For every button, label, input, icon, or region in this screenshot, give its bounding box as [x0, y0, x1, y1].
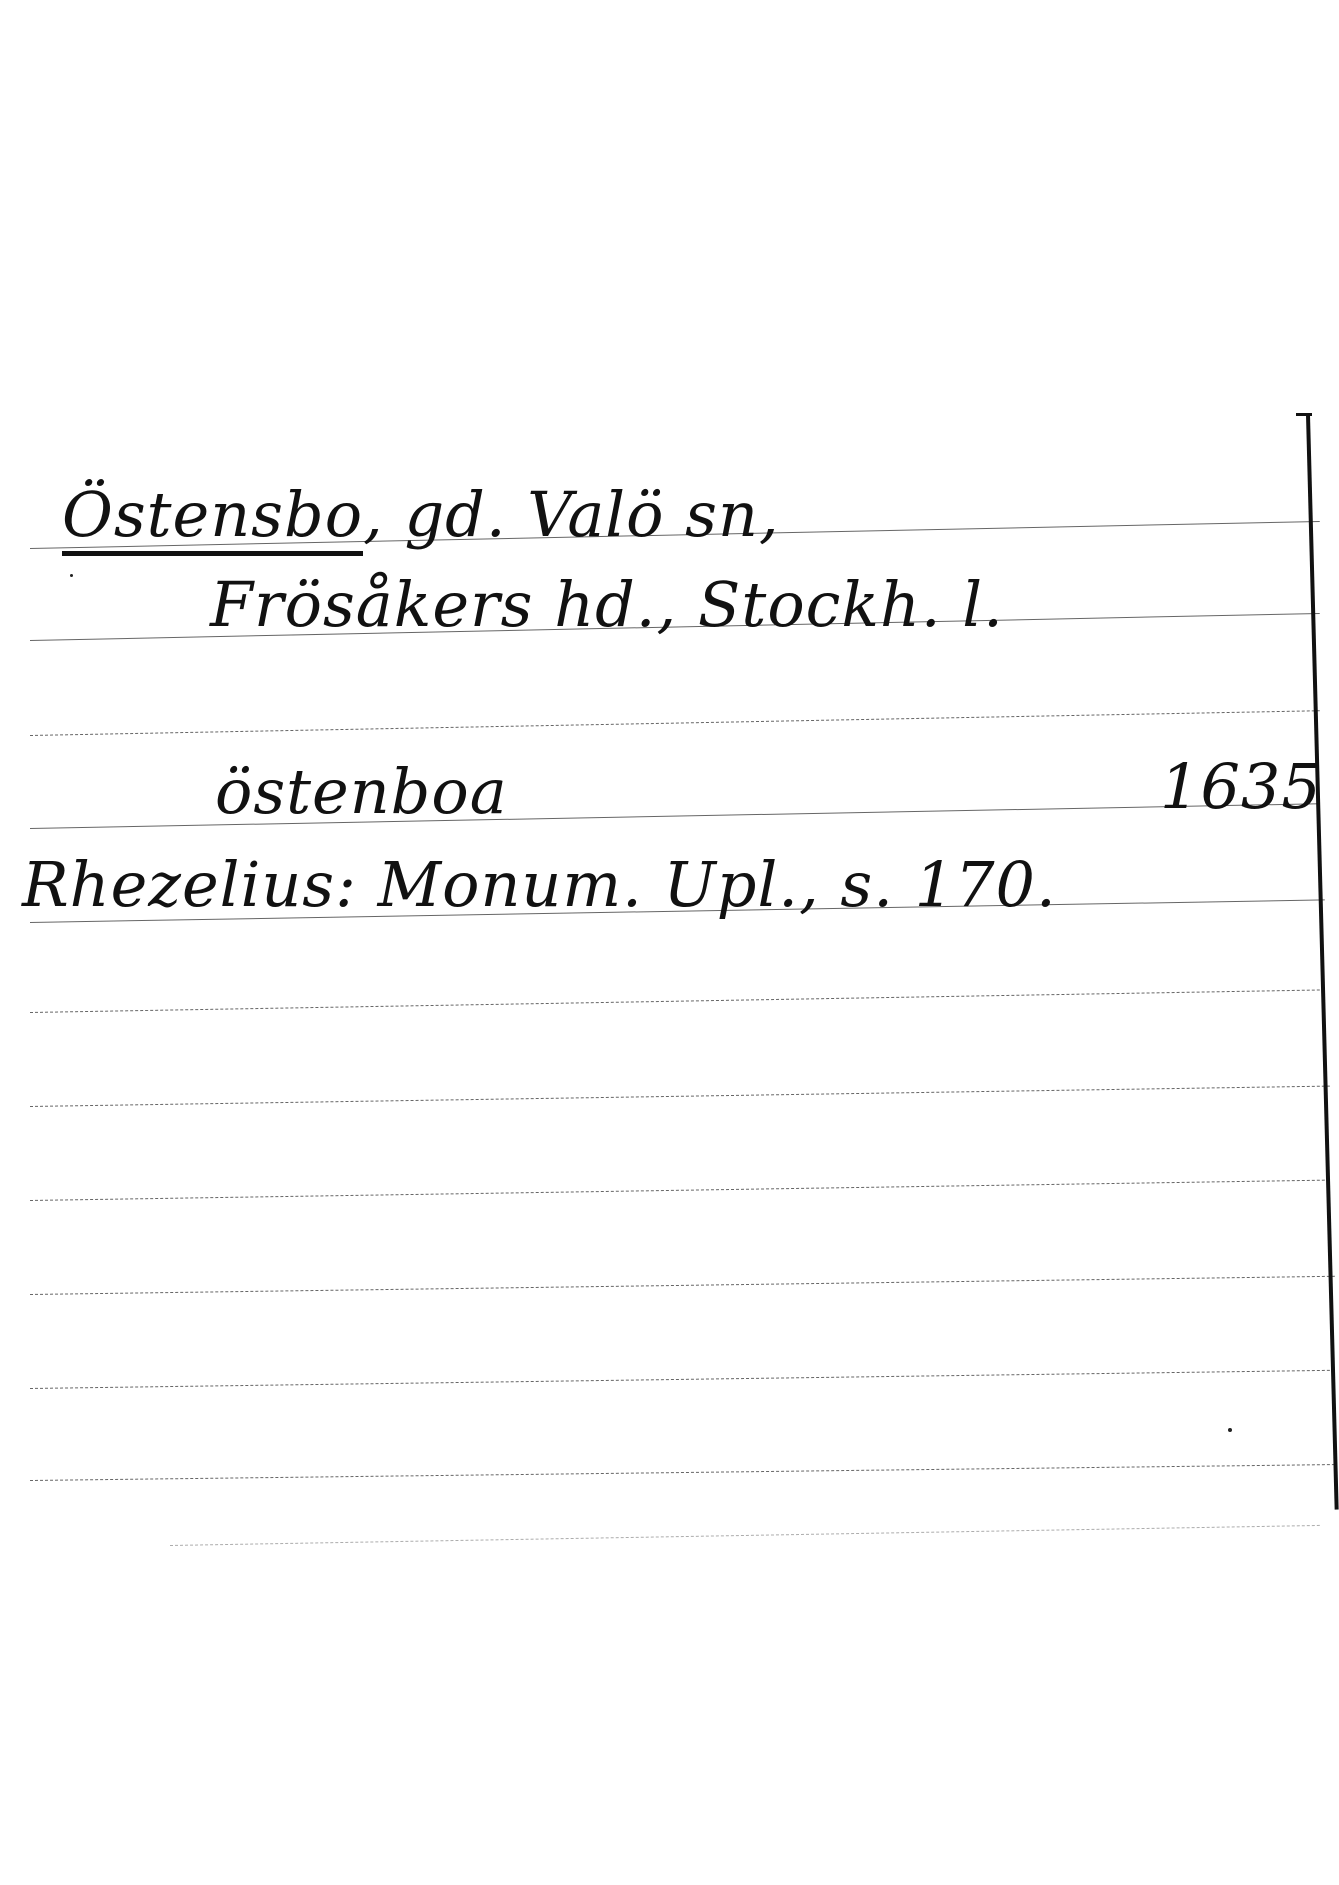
heading-line-2: Frösåkers hd., Stockh. l.: [210, 568, 1004, 641]
ruled-line: [30, 1180, 1330, 1201]
index-card: Östensbo, gd. Valö sn, Frösåkers hd., St…: [0, 0, 1339, 1885]
ruled-line: [30, 1370, 1335, 1389]
card-bottom-edge: [170, 1525, 1320, 1546]
place-name: Östensbo: [62, 478, 363, 556]
ruled-line: [30, 1276, 1335, 1295]
ruled-line: [30, 710, 1320, 736]
scan-speck: [1228, 1428, 1232, 1432]
source-reference: Rhezelius: Monum. Upl., s. 170.: [22, 848, 1057, 921]
attestation-year: 1635: [1160, 750, 1322, 823]
scan-speck: [70, 574, 73, 577]
heading-line-1: Östensbo, gd. Valö sn,: [62, 478, 780, 551]
ruled-line: [30, 989, 1325, 1013]
attested-form: östenboa: [215, 755, 508, 828]
ruled-line: [30, 1464, 1335, 1481]
district-county: Frösåkers hd., Stockh. l.: [210, 568, 1004, 641]
place-details: , gd. Valö sn,: [363, 478, 780, 551]
card-right-border: [1306, 415, 1339, 1510]
ruled-line: [30, 1086, 1330, 1107]
